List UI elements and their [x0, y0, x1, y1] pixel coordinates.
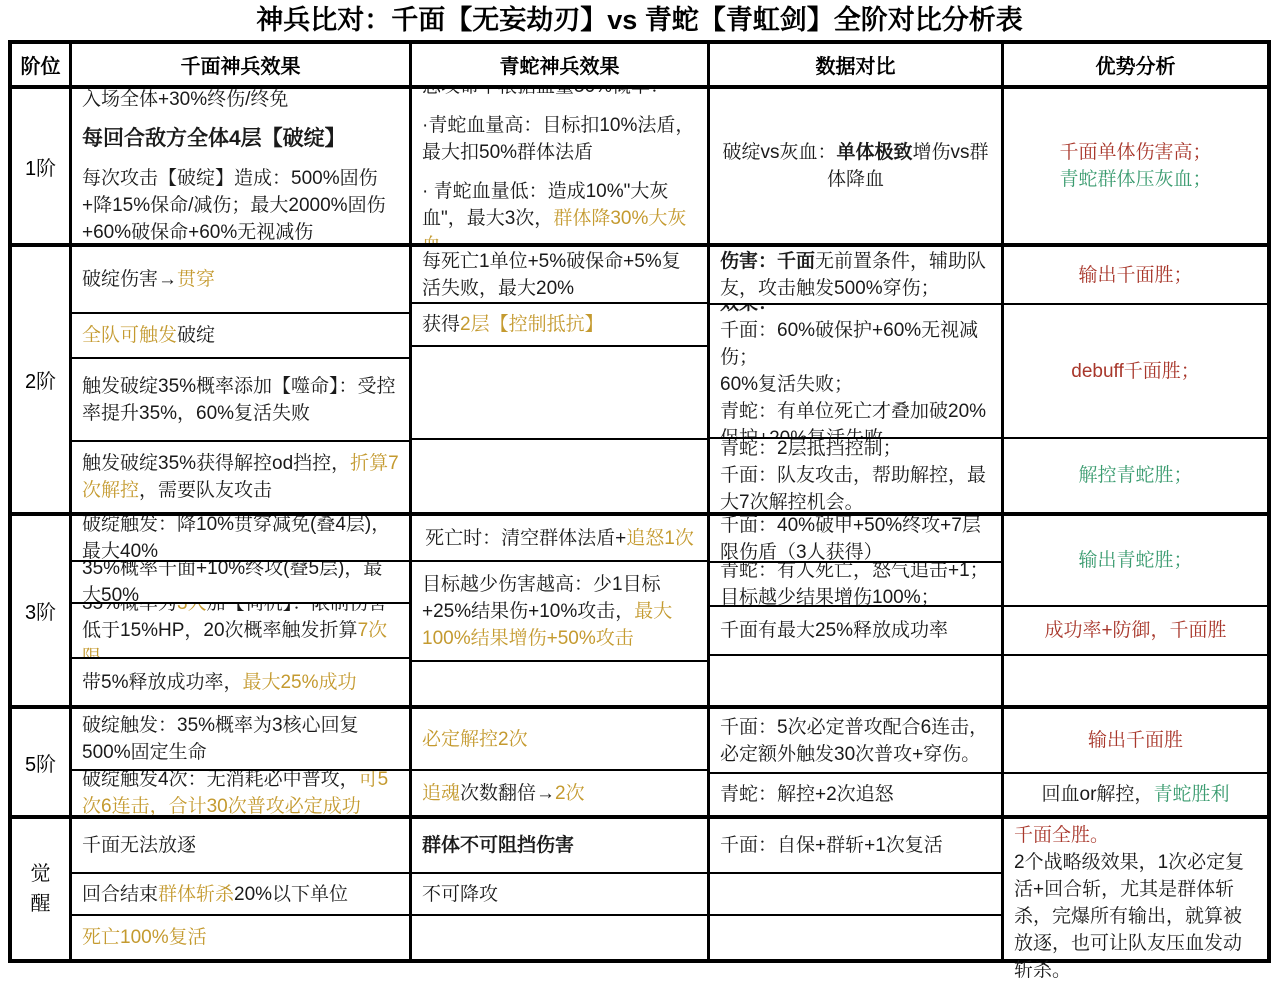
text-run: 千面有最大25%释放成功率 — [720, 620, 948, 641]
text-run: 触发破绽35%获得解控od挡控， — [82, 453, 350, 474]
cell-paragraph: 35%概率为3人加【伺机】：限制伤害低于15%HP，20次概率触发折算7次限 — [82, 604, 399, 659]
text-run: 破绽vs灰血： — [722, 142, 836, 163]
col-youshi-觉醒: 千面全胜。2个战略级效果，1次必定复活+回合斩，尤其是群体斩杀，完爆所有输出，就… — [1004, 819, 1267, 959]
text-run: 青蛇：2层抵挡控制； — [720, 439, 902, 459]
cell-paragraph: 死亡100%复活 — [82, 924, 399, 951]
text-run: 青蛇：有单位死亡才叠加破20%保护+20%复活失败 — [720, 401, 986, 439]
cell-paragraph: 成功率+防御，千面胜 — [1014, 617, 1257, 644]
cell-觉醒-qingshe-2: 不可降攻 — [412, 874, 707, 916]
cell-2阶-shuju-3: 青蛇：2层抵挡控制；千面：队友攻击，帮助解控，最大7次解控机会。 — [710, 439, 1001, 512]
cell-paragraph: 必定解控2次 — [422, 726, 697, 753]
tier-row-2阶: 2阶破绽伤害→贯穿全队可触发破绽触发破绽35%概率添加【噬命】：受控率提升35%… — [12, 247, 1267, 516]
text-run: 贯穿 — [177, 269, 215, 290]
cell-2阶-qingshe-3 — [412, 347, 707, 440]
tier-label-5阶: 5阶 — [12, 709, 72, 815]
text-run: 20%以下单位 — [234, 884, 348, 905]
cell-paragraph: 回血or解控，青蛇胜利 — [1014, 781, 1257, 808]
cell-paragraph: 破绽触发：降10%贯穿减免(叠4层)，最大40% — [82, 516, 399, 562]
col-youshi-2阶: 输出千面胜；debuff千面胜；解控青蛇胜； — [1004, 247, 1267, 512]
cell-觉醒-shuju-3 — [710, 916, 1001, 959]
cell-paragraph: 输出青蛇胜； — [1014, 547, 1257, 574]
cell-2阶-shuju-2: 效果：千面：60%破保护+60%无视减伤；60%复活失败；青蛇：有单位死亡才叠加… — [710, 305, 1001, 439]
text-run: ，需要队友攻击 — [139, 480, 272, 501]
cell-paragraph: 千面有最大25%释放成功率 — [720, 617, 991, 644]
text-run: 回血or解控， — [1042, 784, 1154, 805]
text-run: 破绽触发：降10%贯穿减免(叠4层)，最大40% — [82, 516, 390, 562]
cell-2阶-youshi-1: 输出千面胜； — [1004, 247, 1267, 305]
cell-5阶-qianmian-2: 破绽触发4次：无消耗必中普攻，可5次6连击，合计30次普攻必定成功 — [72, 771, 409, 815]
text-run: 死亡100%复活 — [82, 927, 207, 948]
cell-觉醒-qianmian-3: 死亡100%复活 — [72, 916, 409, 959]
cell-paragraph: 触发破绽35%获得解控od挡控，折算7次解控，需要队友攻击 — [82, 450, 399, 504]
text-run: 次数翻倍→ — [460, 783, 555, 804]
text-run: 破绽伤害→ — [82, 269, 177, 290]
cell-paragraph: 伤害：千面无前置条件，辅助队友，攻击触发500%穿伤； — [720, 248, 991, 302]
col-youshi-5阶: 输出千面胜回血or解控，青蛇胜利 — [1004, 709, 1267, 815]
cell-3阶-youshi-2: 成功率+防御，千面胜 — [1004, 607, 1267, 656]
cell-5阶-shuju-1: 千面：5次必定普攻配合6连击，必定额外触发30次普攻+穿伤。 — [710, 709, 1001, 774]
text-run: 最大25%成功 — [242, 672, 356, 693]
cell-觉醒-qianmian-1: 千面无法放逐 — [72, 819, 409, 874]
cell-paragraph: 每回合敌方全体4层【破绽】 — [82, 125, 399, 153]
cell-3阶-youshi-3 — [1004, 656, 1267, 705]
cell-paragraph: 死亡时：清空群体法盾+追怒1次 — [422, 525, 697, 552]
text-run: 输出千面胜； — [1078, 265, 1192, 286]
text-run: 死亡时：清空群体法盾+ — [425, 528, 626, 549]
cell-paragraph: 输出千面胜 — [1014, 727, 1257, 754]
cell-paragraph: 千面：5次必定普攻配合6连击，必定额外触发30次普攻+穿伤。 — [720, 714, 991, 768]
text-run: 千面：自保+群斩+1次复活 — [720, 835, 943, 856]
tier-label-觉醒: 觉醒 — [12, 819, 72, 959]
cell-3阶-shuju-2: 青蛇：有人死亡，怒气追击+1；目标越少结果增伤100%； — [710, 563, 1001, 607]
comparison-table: 阶位 千面神兵效果 青蛇神兵效果 数据对比 优势分析 1阶入场全体+30%终伤/… — [8, 40, 1271, 963]
text-run: 效果： — [720, 305, 777, 314]
text-run: 每死亡1单位+5%破保命+5%复活失败，最大20% — [422, 251, 681, 299]
col-qianmian-2阶: 破绽伤害→贯穿全队可触发破绽触发破绽35%概率添加【噬命】：受控率提升35%，6… — [72, 247, 412, 512]
tier-row-觉醒: 觉醒千面无法放逐回合结束群体斩杀20%以下单位死亡100%复活群体不可阻挡伤害不… — [12, 819, 1267, 959]
cell-1阶-youshi-1: 千面单体伤害高；青蛇群体压灰血； — [1004, 89, 1267, 243]
text-run: 获得 — [422, 314, 460, 335]
text-run: 破绽触发4次：无消耗必中普攻， — [82, 771, 359, 790]
cell-paragraph: 解控青蛇胜； — [1014, 462, 1257, 489]
cell-paragraph: 回合结束群体斩杀20%以下单位 — [82, 881, 399, 908]
text-run: 追魂 — [422, 783, 460, 804]
col-qianmian-1阶: 入场全体+30%终伤/终免每回合敌方全体4层【破绽】每次攻击【破绽】造成：500… — [72, 89, 412, 243]
cell-3阶-qingshe-2: 目标越少伤害越高：少1目标+25%结果伤+10%攻击，最大100%结果增伤+50… — [412, 562, 707, 662]
text-run: 破绽触发：35%概率为3核心回复500%固定生命 — [82, 715, 359, 763]
text-run: 入场全体+30%终伤/终免 — [82, 89, 288, 110]
cell-2阶-qingshe-2: 获得2层【控制抵抗】 — [412, 304, 707, 347]
text-run: 带5%释放成功率， — [82, 672, 242, 693]
cell-paragraph: 带5%释放成功率，最大25%成功 — [82, 669, 399, 696]
cell-5阶-qingshe-2: 追魂次数翻倍→2次 — [412, 771, 707, 815]
cell-paragraph: 千面单体伤害高； — [1014, 139, 1257, 166]
cell-3阶-qingshe-3 — [412, 662, 707, 705]
cell-paragraph: 每死亡1单位+5%破保命+5%复活失败，最大20% — [422, 248, 697, 302]
text-run: 怒攻命中根据血量50%概率： — [422, 89, 669, 97]
cell-1阶-qingshe-1: 怒攻命中根据血量50%概率：·青蛇血量高：目标扣10%法盾，最大扣50%群体法盾… — [412, 89, 707, 243]
cell-paragraph: 千面：60%破保护+60%无视减伤； — [720, 317, 991, 371]
cell-3阶-qianmian-1: 破绽触发：降10%贯穿减免(叠4层)，最大40% — [72, 516, 409, 562]
cell-paragraph: 全队可触发破绽 — [82, 322, 399, 349]
col-youshi-3阶: 输出青蛇胜；成功率+防御，千面胜 — [1004, 516, 1267, 705]
col-shuju-觉醒: 千面：自保+群斩+1次复活 — [710, 819, 1004, 959]
header-tier: 阶位 — [12, 44, 72, 85]
cell-paragraph: 每次攻击【破绽】造成：500%固伤+降15%保命/减伤；最大2000%固伤+60… — [82, 165, 399, 243]
tier-label-text: 1阶 — [25, 152, 56, 181]
text-run: 群体不可阻挡伤害 — [422, 835, 574, 856]
text-run: 3人 — [177, 604, 207, 614]
cell-觉醒-shuju-2 — [710, 874, 1001, 916]
text-run: 青蛇群体压灰血； — [1059, 169, 1211, 190]
text-run: 解控青蛇胜； — [1078, 465, 1192, 486]
col-qingshe-3阶: 死亡时：清空群体法盾+追怒1次目标越少伤害越高：少1目标+25%结果伤+10%攻… — [412, 516, 710, 705]
cell-觉醒-qingshe-3 — [412, 916, 707, 959]
text-run: 35%概率为 — [82, 604, 177, 614]
col-qingshe-1阶: 怒攻命中根据血量50%概率：·青蛇血量高：目标扣10%法盾，最大扣50%群体法盾… — [412, 89, 710, 243]
header-data-compare: 数据对比 — [710, 44, 1004, 85]
cell-paragraph: 破绽伤害→贯穿 — [82, 266, 399, 293]
table-header: 阶位 千面神兵效果 青蛇神兵效果 数据对比 优势分析 — [12, 44, 1267, 89]
text-run: 全队可触发 — [82, 325, 177, 346]
cell-觉醒-qianmian-2: 回合结束群体斩杀20%以下单位 — [72, 874, 409, 916]
cell-paragraph: 触发破绽35%概率添加【噬命】：受控率提升35%，60%复活失败 — [82, 373, 399, 427]
text-run: 每次攻击【破绽】造成：500%固伤+降15%保命/减伤；最大2000%固伤+60… — [82, 168, 386, 243]
tier-row-5阶: 5阶破绽触发：35%概率为3核心回复500%固定生命破绽触发4次：无消耗必中普攻… — [12, 709, 1267, 819]
text-run: 群体斩杀 — [158, 884, 234, 905]
col-qingshe-2阶: 每死亡1单位+5%破保命+5%复活失败，最大20%获得2层【控制抵抗】 — [412, 247, 710, 512]
cell-5阶-qingshe-1: 必定解控2次 — [412, 709, 707, 771]
cell-3阶-qingshe-1: 死亡时：清空群体法盾+追怒1次 — [412, 516, 707, 562]
cell-paragraph: ·青蛇血量高：目标扣10%法盾，最大扣50%群体法盾 — [422, 112, 697, 166]
cell-3阶-shuju-4 — [710, 656, 1001, 705]
page-title: 神兵比对：千面【无妄劫刃】vs 青蛇【青虹剑】全阶对比分析表 — [0, 0, 1279, 38]
cell-3阶-qianmian-3: 35%概率为3人加【伺机】：限制伤害低于15%HP，20次概率触发折算7次限 — [72, 604, 409, 659]
text-run: 回合结束 — [82, 884, 158, 905]
cell-5阶-qianmian-1: 破绽触发：35%概率为3核心回复500%固定生命 — [72, 709, 409, 771]
cell-2阶-youshi-2: debuff千面胜； — [1004, 305, 1267, 439]
cell-paragraph: 入场全体+30%终伤/终免 — [82, 89, 399, 113]
col-qianmian-3阶: 破绽触发：降10%贯穿减免(叠4层)，最大40%35%概率千面+10%终攻(叠5… — [72, 516, 412, 705]
cell-paragraph: 破绽触发4次：无消耗必中普攻，可5次6连击，合计30次普攻必定成功 — [82, 771, 399, 815]
col-shuju-1阶: 破绽vs灰血：单体极致增伤vs群体降血 — [710, 89, 1004, 243]
cell-paragraph: 60%复活失败； — [720, 371, 991, 398]
cell-2阶-qianmian-4: 触发破绽35%获得解控od挡控，折算7次解控，需要队友攻击 — [72, 442, 409, 512]
cell-paragraph: 青蛇群体压灰血； — [1014, 166, 1257, 193]
col-shuju-2阶: 伤害：千面无前置条件，辅助队友，攻击触发500%穿伤；效果：千面：60%破保护+… — [710, 247, 1004, 512]
tier-label-text: 觉醒 — [29, 859, 53, 919]
text-run: 破绽 — [177, 325, 215, 346]
text-run: 35%概率千面+10%终攻(叠5层)，最大50% — [82, 562, 382, 604]
col-qingshe-觉醒: 群体不可阻挡伤害不可降攻 — [412, 819, 710, 959]
cell-觉醒-youshi-1: 千面全胜。2个战略级效果，1次必定复活+回合斩，尤其是群体斩杀，完爆所有输出，就… — [1004, 819, 1267, 987]
text-run: 千面：60%破保护+60%无视减伤； — [720, 320, 978, 368]
text-run: 输出青蛇胜； — [1078, 550, 1192, 571]
cell-觉醒-qingshe-1: 群体不可阻挡伤害 — [412, 819, 707, 874]
text-run: 成功率+防御，千面胜 — [1044, 620, 1226, 641]
cell-3阶-shuju-1: 千面：40%破甲+50%终攻+7层限伤盾（3人获得） — [710, 516, 1001, 563]
cell-paragraph: 目标越少伤害越高：少1目标+25%结果伤+10%攻击，最大100%结果增伤+50… — [422, 571, 697, 652]
cell-2阶-qianmian-2: 全队可触发破绽 — [72, 314, 409, 359]
cell-觉醒-shuju-1: 千面：自保+群斩+1次复活 — [710, 819, 1001, 874]
tier-label-text: 3阶 — [25, 596, 56, 625]
cell-paragraph: debuff千面胜； — [1014, 358, 1257, 385]
cell-paragraph: 千面：自保+群斩+1次复活 — [720, 832, 991, 859]
tier-label-text: 2阶 — [25, 365, 56, 394]
cell-5阶-youshi-2: 回血or解控，青蛇胜利 — [1004, 774, 1267, 815]
cell-paragraph: 青蛇：解控+2次追怒 — [720, 781, 991, 808]
text-run: 不可降攻 — [422, 884, 498, 905]
cell-3阶-qianmian-4: 带5%释放成功率，最大25%成功 — [72, 659, 409, 705]
cell-paragraph: 青蛇：2层抵挡控制； — [720, 439, 991, 462]
header-qianmian: 千面神兵效果 — [72, 44, 412, 85]
cell-paragraph: 青蛇：有单位死亡才叠加破20%保护+20%复活失败 — [720, 398, 991, 439]
text-run: 目标越少伤害越高：少1目标+25%结果伤+10%攻击， — [422, 574, 661, 622]
cell-3阶-qianmian-2: 35%概率千面+10%终攻(叠5层)，最大50% — [72, 562, 409, 604]
cell-1阶-shuju-1: 破绽vs灰血：单体极致增伤vs群体降血 — [710, 89, 1001, 243]
cell-paragraph: 千面：40%破甲+50%终攻+7层限伤盾（3人获得） — [720, 516, 991, 563]
text-run: 千面 — [777, 251, 815, 272]
cell-paragraph: 追魂次数翻倍→2次 — [422, 780, 697, 807]
text-run: 千面：40%破甲+50%终攻+7层限伤盾（3人获得） — [720, 516, 981, 563]
cell-2阶-qianmian-3: 触发破绽35%概率添加【噬命】：受控率提升35%，60%复活失败 — [72, 359, 409, 442]
cell-2阶-qingshe-4 — [412, 440, 707, 512]
cell-paragraph: 千面：队友攻击，帮助解控，最大7次解控机会。 — [720, 462, 991, 512]
cell-3阶-youshi-1: 输出青蛇胜； — [1004, 516, 1267, 607]
col-youshi-1阶: 千面单体伤害高；青蛇群体压灰血； — [1004, 89, 1267, 243]
col-qianmian-5阶: 破绽触发：35%概率为3核心回复500%固定生命破绽触发4次：无消耗必中普攻，可… — [72, 709, 412, 815]
text-run: 追怒1次 — [626, 528, 694, 549]
text-run: 千面单体伤害高； — [1059, 142, 1211, 163]
tier-row-1阶: 1阶入场全体+30%终伤/终免每回合敌方全体4层【破绽】每次攻击【破绽】造成：5… — [12, 89, 1267, 247]
text-run: ·青蛇血量高：目标扣10%法盾，最大扣50%群体法盾 — [422, 115, 694, 163]
cell-paragraph: 破绽触发：35%概率为3核心回复500%固定生命 — [82, 712, 399, 766]
text-run: 2个战略级效果，1次必定复活+回合斩，尤其是群体斩杀，完爆所有输出，就算被放逐，… — [1014, 852, 1244, 981]
table-body: 1阶入场全体+30%终伤/终免每回合敌方全体4层【破绽】每次攻击【破绽】造成：5… — [12, 89, 1267, 959]
text-run: 青蛇：有人死亡，怒气追击+1；目标越少结果增伤100%； — [720, 563, 989, 607]
cell-paragraph: 效果： — [720, 305, 991, 317]
cell-paragraph: 千面无法放逐 — [82, 832, 399, 859]
text-run: 输出千面胜 — [1088, 730, 1183, 751]
tier-row-3阶: 3阶破绽触发：降10%贯穿减免(叠4层)，最大40%35%概率千面+10%终攻(… — [12, 516, 1267, 709]
cell-paragraph: 怒攻命中根据血量50%概率： — [422, 89, 697, 100]
cell-5阶-youshi-1: 输出千面胜 — [1004, 709, 1267, 774]
cell-paragraph: 不可降攻 — [422, 881, 697, 908]
text-run: 60%复活失败； — [720, 374, 853, 395]
col-shuju-3阶: 千面：40%破甲+50%终攻+7层限伤盾（3人获得）青蛇：有人死亡，怒气追击+1… — [710, 516, 1004, 705]
cell-paragraph: 获得2层【控制抵抗】 — [422, 311, 697, 338]
col-qianmian-觉醒: 千面无法放逐回合结束群体斩杀20%以下单位死亡100%复活 — [72, 819, 412, 959]
cell-1阶-qianmian-1: 入场全体+30%终伤/终免每回合敌方全体4层【破绽】每次攻击【破绽】造成：500… — [72, 89, 409, 243]
cell-2阶-shuju-1: 伤害：千面无前置条件，辅助队友，攻击触发500%穿伤； — [710, 247, 1001, 305]
text-run: 单体极致 — [836, 142, 912, 163]
cell-paragraph: 破绽vs灰血：单体极致增伤vs群体降血 — [720, 139, 991, 193]
tier-label-2阶: 2阶 — [12, 247, 72, 512]
col-shuju-5阶: 千面：5次必定普攻配合6连击，必定额外触发30次普攻+穿伤。青蛇：解控+2次追怒 — [710, 709, 1004, 815]
cell-2阶-youshi-3: 解控青蛇胜； — [1004, 439, 1267, 512]
text-run: 2次 — [555, 783, 585, 804]
text-run: 触发破绽35%概率添加【噬命】：受控率提升35%，60%复活失败 — [82, 376, 396, 424]
cell-paragraph: 35%概率千面+10%终攻(叠5层)，最大50% — [82, 562, 399, 604]
tier-label-3阶: 3阶 — [12, 516, 72, 705]
text-run: debuff千面胜； — [1071, 361, 1199, 382]
text-run: 千面无法放逐 — [82, 835, 196, 856]
cell-3阶-shuju-3: 千面有最大25%释放成功率 — [710, 607, 1001, 656]
cell-paragraph: 青蛇：有人死亡，怒气追击+1；目标越少结果增伤100%； — [720, 563, 991, 607]
text-run: 2层【控制抵抗】 — [460, 314, 604, 335]
cell-paragraph: · 青蛇血量低：造成10%"大灰血"，最大3次，群体降30%大灰血 — [422, 178, 697, 243]
text-run: 每回合敌方全体4层【破绽】 — [82, 127, 346, 150]
header-advantage: 优势分析 — [1004, 44, 1267, 85]
text-run: 千面：5次必定普攻配合6连击，必定额外触发30次普攻+穿伤。 — [720, 717, 988, 765]
text-run: 青蛇胜利 — [1153, 784, 1229, 805]
cell-5阶-shuju-2: 青蛇：解控+2次追怒 — [710, 774, 1001, 815]
col-qingshe-5阶: 必定解控2次追魂次数翻倍→2次 — [412, 709, 710, 815]
text-run: 千面全胜。 — [1014, 825, 1109, 846]
text-run: 千面：队友攻击，帮助解控，最大7次解控机会。 — [720, 465, 986, 512]
cell-2阶-qianmian-1: 破绽伤害→贯穿 — [72, 247, 409, 314]
tier-label-text: 5阶 — [25, 748, 56, 777]
tier-label-1阶: 1阶 — [12, 89, 72, 243]
cell-paragraph: 千面全胜。 — [1014, 822, 1257, 849]
cell-paragraph: 群体不可阻挡伤害 — [422, 832, 697, 859]
text-run: 必定解控2次 — [422, 729, 528, 750]
cell-2阶-qingshe-1: 每死亡1单位+5%破保命+5%复活失败，最大20% — [412, 247, 707, 304]
text-run: 青蛇：解控+2次追怒 — [720, 784, 894, 805]
text-run: 伤害： — [720, 251, 777, 272]
cell-paragraph: 输出千面胜； — [1014, 262, 1257, 289]
header-qingshe: 青蛇神兵效果 — [412, 44, 710, 85]
